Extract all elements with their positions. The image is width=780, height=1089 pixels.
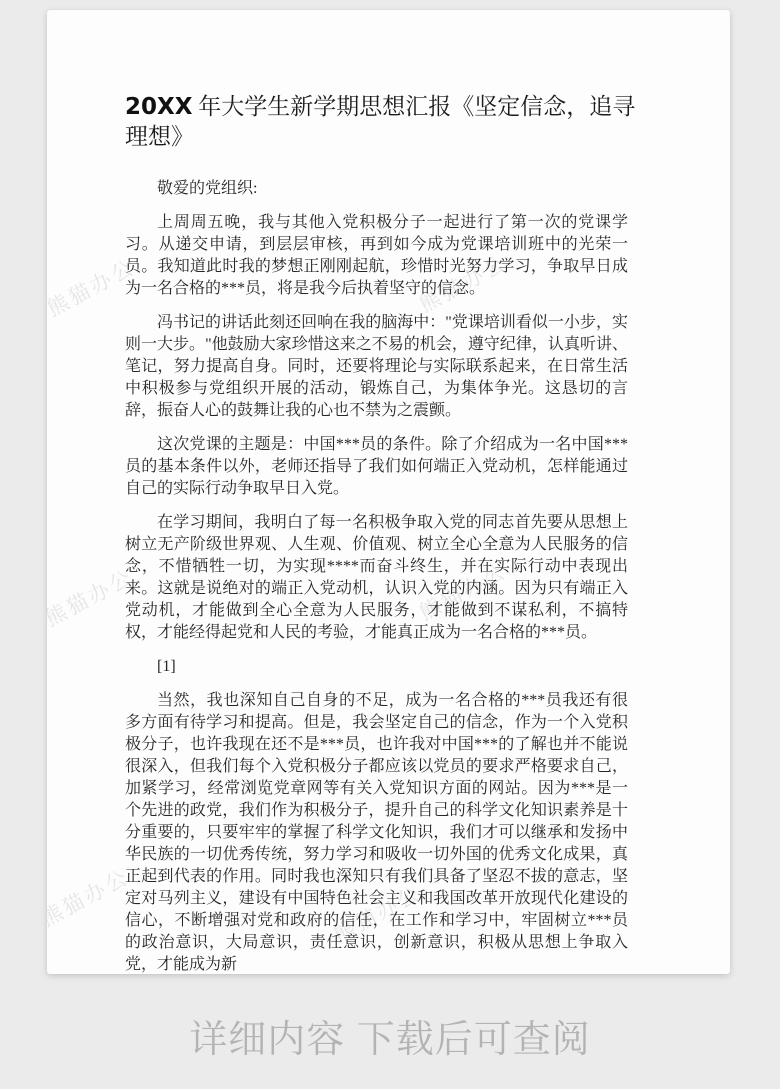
footnote-marker: [1] (125, 656, 628, 678)
salutation: 敬爱的党组织: (125, 178, 628, 200)
paragraph: 在学习期间，我明白了每一名积极争取入党的同志首先要从思想上树立无产阶级世界观、人… (125, 512, 628, 644)
paragraph: 冯书记的讲话此刻还回响在我的脑海中："党课培训看似一小步，实则一大步。"他鼓励大… (125, 312, 628, 422)
document-preview: { "document": { "title_prefix": "20XX", … (0, 0, 780, 1089)
paragraph: 这次党课的主题是：中国***员的条件。除了介绍成为一名中国***员的基本条件以外… (125, 434, 628, 500)
document-title: 20XX 年大学生新学期思想汇报《坚定信念，追寻理想》 (125, 92, 641, 152)
title-text: 年大学生新学期思想汇报《坚定信念，追寻理想》 (125, 94, 635, 149)
download-notice: 详细内容 下载后可查阅 (0, 1014, 780, 1066)
paragraph: 当然，我也深知自己自身的不足，成为一名合格的***员我还有很多方面有待学习和提高… (125, 690, 628, 974)
paragraph: 上周周五晚，我与其他入党积极分子一起进行了第一次的党课学习。从递交申请，到层层审… (125, 212, 628, 300)
document-body: 敬爱的党组织:上周周五晚，我与其他入党积极分子一起进行了第一次的党课学习。从递交… (125, 178, 628, 974)
document-page: 熊猫办公 熊猫办公 熊猫办公 熊猫办公 熊猫办公 熊猫办公 20XX 年大学生新… (47, 10, 730, 974)
title-year: 20XX (125, 94, 192, 120)
document-content: 20XX 年大学生新学期思想汇报《坚定信念，追寻理想》 敬爱的党组织:上周周五晚… (47, 10, 730, 974)
